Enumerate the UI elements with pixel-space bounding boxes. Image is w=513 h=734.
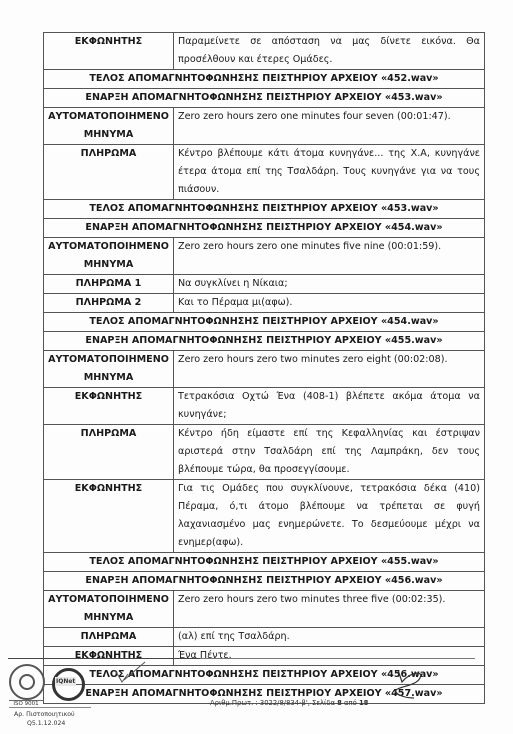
speech-text: (αλ) επί της Τσαλδάρη. — [174, 628, 485, 647]
file-marker-text: ΕΝΑΡΞΗ ΑΠΟΜΑΓΝΗΤΟΦΩΝΗΣΗΣ ΠΕΙΣΤΗΡΙΟΥ ΑΡΧΕ… — [44, 572, 485, 591]
speaker-label: ΕΚΦΩΝΗΤΗΣ — [44, 33, 174, 70]
file-marker-text: ΤΕΛΟΣ ΑΠΟΜΑΓΝΗΤΟΦΩΝΗΣΗΣ ΠΕΙΣΤΗΡΙΟΥ ΑΡΧΕΙ… — [44, 70, 485, 89]
speaker-label: ΠΛΗΡΩΜΑ — [44, 425, 174, 480]
transcript-table: ΕΚΦΩΝΗΤΗΣΠαραμείνετε σε απόσταση να μας … — [43, 32, 485, 704]
protocol-prefix: Αριθμ.Πρωτ. : 3022/8/834-β', Σελίδα — [210, 699, 337, 707]
file-marker-row: ΕΝΑΡΞΗ ΑΠΟΜΑΓΝΗΤΟΦΩΝΗΣΗΣ ΠΕΙΣΤΗΡΙΟΥ ΑΡΧΕ… — [44, 219, 485, 238]
file-marker-row: ΕΝΑΡΞΗ ΑΠΟΜΑΓΝΗΤΟΦΩΝΗΣΗΣ ΠΕΙΣΤΗΡΙΟΥ ΑΡΧΕ… — [44, 572, 485, 591]
footer-divider-right — [200, 658, 475, 659]
signature-icon — [390, 668, 430, 704]
file-marker-row: ΤΕΛΟΣ ΑΠΟΜΑΓΝΗΤΟΦΩΝΗΣΗΣ ΠΕΙΣΤΗΡΙΟΥ ΑΡΧΕΙ… — [44, 70, 485, 89]
speaker-label: ΠΛΗΡΩΜΑ 2 — [44, 294, 174, 313]
speaker-label: ΠΛΗΡΩΜΑ — [44, 628, 174, 647]
transcript-row: ΠΛΗΡΩΜΑ 1Να συγκλίνει η Νίκαια; — [44, 275, 485, 294]
speech-text: Ένα Πέντε. — [174, 647, 485, 666]
speaker-label: ΑΥΤΟΜΑΤΟΠΟΙΗΜΕΝΟ ΜΗΝΥΜΑ — [44, 351, 174, 388]
speaker-label: ΑΥΤΟΜΑΤΟΠΟΙΗΜΕΝΟ ΜΗΝΥΜΑ — [44, 591, 174, 628]
file-marker-text: ΕΝΑΡΞΗ ΑΠΟΜΑΓΝΗΤΟΦΩΝΗΣΗΣ ΠΕΙΣΤΗΡΙΟΥ ΑΡΧΕ… — [44, 89, 485, 108]
speech-text: Zero zero hours zero one minutes four se… — [174, 108, 485, 145]
transcript-row: ΑΥΤΟΜΑΤΟΠΟΙΗΜΕΝΟ ΜΗΝΥΜΑZero zero hours z… — [44, 591, 485, 628]
speaker-label: ΑΥΤΟΜΑΤΟΠΟΙΗΜΕΝΟ ΜΗΝΥΜΑ — [44, 108, 174, 145]
file-marker-row: ΤΕΛΟΣ ΑΠΟΜΑΓΝΗΤΟΦΩΝΗΣΗΣ ΠΕΙΣΤΗΡΙΟΥ ΑΡΧΕΙ… — [44, 553, 485, 572]
speaker-label: ΑΥΤΟΜΑΤΟΠΟΙΗΜΕΝΟ ΜΗΝΥΜΑ — [44, 238, 174, 275]
transcript-row: ΕΚΦΩΝΗΤΗΣΠαραμείνετε σε απόσταση να μας … — [44, 33, 485, 70]
file-marker-text: ΤΕΛΟΣ ΑΠΟΜΑΓΝΗΤΟΦΩΝΗΣΗΣ ΠΕΙΣΤΗΡΙΟΥ ΑΡΧΕΙ… — [44, 200, 485, 219]
file-marker-text: ΤΕΛΟΣ ΑΠΟΜΑΓΝΗΤΟΦΩΝΗΣΗΣ ΠΕΙΣΤΗΡΙΟΥ ΑΡΧΕΙ… — [44, 553, 485, 572]
speaker-label: ΠΛΗΡΩΜΑ — [44, 145, 174, 200]
file-marker-text: ΕΝΑΡΞΗ ΑΠΟΜΑΓΝΗΤΟΦΩΝΗΣΗΣ ΠΕΙΣΤΗΡΙΟΥ ΑΡΧΕ… — [44, 332, 485, 351]
file-marker-row: ΕΝΑΡΞΗ ΑΠΟΜΑΓΝΗΤΟΦΩΝΗΣΗΣ ΠΕΙΣΤΗΡΙΟΥ ΑΡΧΕ… — [44, 89, 485, 108]
certificate-code: Q5.1.12.024 — [27, 720, 65, 727]
transcript-row: ΑΥΤΟΜΑΤΟΠΟΙΗΜΕΝΟ ΜΗΝΥΜΑZero zero hours z… — [44, 108, 485, 145]
speech-text: Παραμείνετε σε απόσταση να μας δίνετε ει… — [174, 33, 485, 70]
speech-text: Zero zero hours zero two minutes three f… — [174, 591, 485, 628]
transcript-row: ΠΛΗΡΩΜΑΚέντρο βλέπουμε κάτι άτομα κυνηγά… — [44, 145, 485, 200]
speech-text: Κέντρο ήδη είμαστε επί της Κεφαλληνίας κ… — [174, 425, 485, 480]
protocol-number: Αριθμ.Πρωτ. : 3022/8/834-β', Σελίδα 8 απ… — [210, 699, 368, 707]
transcript-row: ΠΛΗΡΩΜΑΚέντρο ήδη είμαστε επί της Κεφαλλ… — [44, 425, 485, 480]
transcript-row: ΕΚΦΩΝΗΤΗΣΓια τις Ομάδες που συγκλίνουνε,… — [44, 480, 485, 553]
file-marker-text: ΤΕΛΟΣ ΑΠΟΜΑΓΝΗΤΟΦΩΝΗΣΗΣ ΠΕΙΣΤΗΡΙΟΥ ΑΡΧΕΙ… — [44, 313, 485, 332]
speech-text: Τετρακόσια Οχτώ Ένα (408-1) βλέπετε ακόμ… — [174, 388, 485, 425]
signature-initials-icon — [110, 660, 150, 690]
file-marker-row: ΤΕΛΟΣ ΑΠΟΜΑΓΝΗΤΟΦΩΝΗΣΗΣ ΠΕΙΣΤΗΡΙΟΥ ΑΡΧΕΙ… — [44, 313, 485, 332]
file-marker-text: ΕΝΑΡΞΗ ΑΠΟΜΑΓΝΗΤΟΦΩΝΗΣΗΣ ΠΕΙΣΤΗΡΙΟΥ ΑΡΧΕ… — [44, 219, 485, 238]
transcript-row: ΠΛΗΡΩΜΑ 2Και το Πέραμα μι(αφω). — [44, 294, 485, 313]
speech-text: Zero zero hours zero two minutes zero ei… — [174, 351, 485, 388]
file-marker-row: ΕΝΑΡΞΗ ΑΠΟΜΑΓΝΗΤΟΦΩΝΗΣΗΣ ΠΕΙΣΤΗΡΙΟΥ ΑΡΧΕ… — [44, 332, 485, 351]
cert-divider — [9, 707, 91, 708]
speaker-label: ΕΚΦΩΝΗΤΗΣ — [44, 480, 174, 553]
speaker-label: ΕΚΦΩΝΗΤΗΣ — [44, 388, 174, 425]
page-total: 18 — [359, 699, 368, 707]
document-page: ΕΚΦΩΝΗΤΗΣΠαραμείνετε σε απόσταση να μας … — [0, 0, 513, 734]
transcript-row: ΠΛΗΡΩΜΑ(αλ) επί της Τσαλδάρη. — [44, 628, 485, 647]
transcript-row: ΕΚΦΩΝΗΤΗΣΤετρακόσια Οχτώ Ένα (408-1) βλέ… — [44, 388, 485, 425]
file-marker-row: ΤΕΛΟΣ ΑΠΟΜΑΓΝΗΤΟΦΩΝΗΣΗΣ ΠΕΙΣΤΗΡΙΟΥ ΑΡΧΕΙ… — [44, 200, 485, 219]
page-sep: από — [342, 699, 359, 707]
speech-text: Για τις Ομάδες που συγκλίνουνε, τετρακόσ… — [174, 480, 485, 553]
speaker-label: ΠΛΗΡΩΜΑ 1 — [44, 275, 174, 294]
speaker-label: ΕΚΦΩΝΗΤΗΣ — [44, 647, 174, 666]
speech-text: Zero zero hours zero one minutes five ni… — [174, 238, 485, 275]
transcript-row: ΑΥΤΟΜΑΤΟΠΟΙΗΜΕΝΟ ΜΗΝΥΜΑZero zero hours z… — [44, 238, 485, 275]
iso-label: ISO 9001 — [9, 700, 43, 707]
transcript-row: ΑΥΤΟΜΑΤΟΠΟΙΗΜΕΝΟ ΜΗΝΥΜΑZero zero hours z… — [44, 351, 485, 388]
iso-certification-logo-icon — [9, 664, 45, 700]
iqnet-label: IQNet — [55, 677, 76, 686]
speech-text: Να συγκλίνει η Νίκαια; — [174, 275, 485, 294]
certificate-label: Αρ. Πιστοποιητικού — [14, 711, 75, 718]
speech-text: Κέντρο βλέπουμε κάτι άτομα κυνηγάνε... τ… — [174, 145, 485, 200]
speech-text: Και το Πέραμα μι(αφω). — [174, 294, 485, 313]
